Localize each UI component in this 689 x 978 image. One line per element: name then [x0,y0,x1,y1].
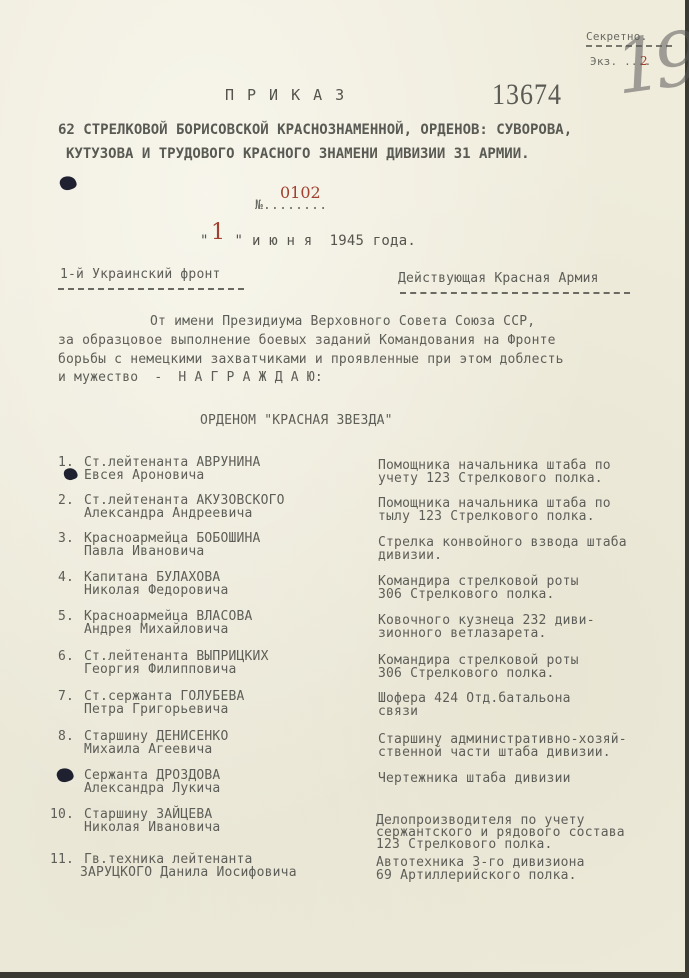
recipient-position: ственной части штаба дивизии. [378,746,611,759]
recipient-number: 5. [58,610,74,623]
unit-name-line1: 62 СТРЕЛКОВОЙ БОРИСОВСКОЙ КРАСНОЗНАМЕННО… [58,122,572,138]
recipient-number: 6. [58,650,74,663]
preamble-line-3: борьбы с немецкими захватчиками и проявл… [58,353,564,366]
recipient-first-names: Николая Федоровича [84,584,228,597]
front-name: 1-й Украинский фронт [60,268,221,281]
recipient-position: Чертежника штаба дивизии [378,772,571,785]
order-number: 0102 [280,183,321,202]
date-day: 1 [211,220,225,245]
recipient-position: 306 Стрелкового полка. [378,667,555,680]
army-underline [400,292,630,294]
preamble-line-4: и мужество - Н А Г Р А Ж Д А Ю: [58,371,323,384]
recipient-first-names: Николая Ивановича [84,821,220,834]
recipient-first-names: Евсея Ароновича [84,469,204,482]
document-page: Секретно. Экз. .... 2 192 ПРИКАЗ 13674 6… [0,0,685,972]
ink-mark-icon [58,174,78,193]
recipient-first-names: Георгия Филипповича [84,663,237,676]
recipient-position: дивизии. [378,549,442,562]
recipient-first-names: Михаила Агеевича [84,743,212,756]
recipient-number: 8. [58,730,74,743]
recipient-position: зионного ветлазарета. [378,627,547,640]
recipient-number: 2. [58,494,74,507]
recipient-position: 69 Артиллерийского полка. [376,869,577,882]
recipient-first-names: Андрея Михайловича [84,623,228,636]
recipient-first-names: Александра Андреевича [84,507,253,520]
army-name: Действующая Красная Армия [398,272,599,285]
recipient-first-names: ЗАРУЦКОГО Данила Иосифовича [80,866,297,879]
award-title: ОРДЕНОМ "КРАСНАЯ ЗВЕЗДА" [200,414,393,427]
recipient-number: 1. [58,456,74,469]
front-underline [58,288,244,290]
recipient-first-names: Петра Григорьевича [84,703,228,716]
unit-name-line2: КУТУЗОВА И ТРУДОВОГО КРАСНОГО ЗНАМЕНИ ДИ… [66,146,530,162]
recipient-position: тылу 123 Стрелкового полка. [378,510,595,523]
recipient-position: учету 123 Стрелкового полка. [378,472,603,485]
handwritten-number: 192 [610,10,689,111]
recipient-number: 7. [58,690,74,703]
recipient-number: 10. [50,808,74,821]
date-month-year: и ю н я 1945 года. [252,233,416,249]
ink-mark-icon [62,466,78,482]
registry-number: 13674 [492,78,562,113]
preamble-line-2: за образцовое выполнение боевых заданий … [58,334,556,347]
document-title: ПРИКАЗ [225,86,357,104]
recipient-number: 11. [50,853,74,866]
recipient-position: связи [378,705,418,718]
recipient-position: 306 Стрелкового полка. [378,588,555,601]
recipient-position: 123 Стрелкового полка. [376,838,553,851]
recipient-number: 4. [58,571,74,584]
recipient-number: 3. [58,532,74,545]
recipient-first-names: Александра Лукича [84,782,220,795]
recipient-first-names: Павла Ивановича [84,545,204,558]
preamble-line-1: От имени Президиума Верховного Совета Со… [150,315,535,328]
